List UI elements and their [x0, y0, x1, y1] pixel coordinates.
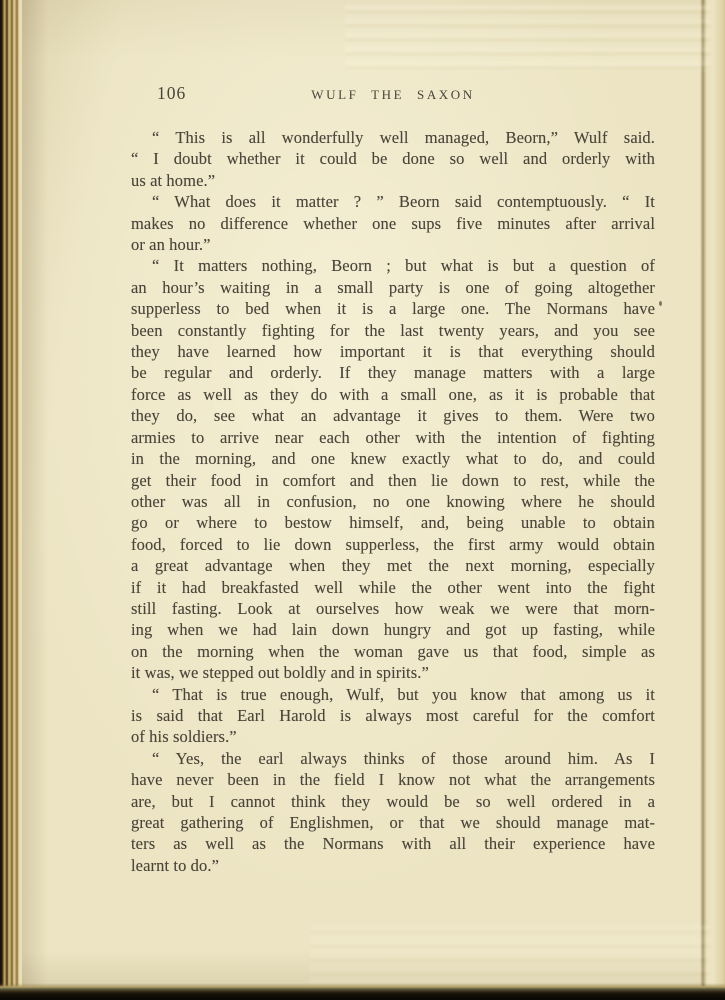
text-line: other was all in confusion, no one knowi…: [131, 491, 655, 512]
text-line: or an hour.”: [131, 234, 655, 255]
text-line: go or where to bestow himself, and, bein…: [131, 512, 655, 533]
top-page-edge-streaks: [345, 5, 710, 71]
text-line: an hour’s waiting in a small party is on…: [131, 277, 655, 298]
book-binding-page-edges: [0, 0, 22, 1000]
text-line: of his soldiers.”: [131, 726, 655, 747]
text-line: been constantly fighting for the last tw…: [131, 320, 655, 341]
paragraph: “ What does it matter ? ” Beorn said con…: [131, 191, 655, 255]
text-line: makes no difference whether one sups fiv…: [131, 213, 655, 234]
binding-shadow: [22, 0, 48, 1000]
text-line: have never been in the field I know not …: [131, 769, 655, 790]
text-line: ing when we had lain down hungry and got…: [131, 619, 655, 640]
paragraph: “ Yes, the earl always thinks of those a…: [131, 748, 655, 876]
page-text-block: 106 WULF THE SAXON “ This is all wonderf…: [131, 84, 655, 876]
text-line: “ I doubt whether it could be done so we…: [131, 148, 655, 169]
paragraph: “ That is true enough, Wulf, but you kno…: [131, 684, 655, 748]
paragraph: “ It matters nothing, Beorn ; but what i…: [131, 255, 655, 683]
text-line: in the morning, and one knew exactly wha…: [131, 448, 655, 469]
text-line: “ What does it matter ? ” Beorn said con…: [131, 191, 655, 212]
text-line: they have learned how important it is th…: [131, 341, 655, 362]
text-line: ters as well as the Normans with all the…: [131, 833, 655, 854]
text-line: supperless to bed when it is a large one…: [131, 298, 655, 319]
page-body: “ This is all wonderfully well managed, …: [131, 127, 655, 876]
text-line: us at home.”: [131, 170, 655, 191]
text-line: learnt to do.”: [131, 855, 655, 876]
text-line: still fasting. Look at ourselves how wea…: [131, 598, 655, 619]
text-line: get their food in comfort and then lie d…: [131, 470, 655, 491]
text-line: “ It matters nothing, Beorn ; but what i…: [131, 255, 655, 276]
running-title: WULF THE SAXON: [131, 87, 655, 103]
text-line: if it had breakfasted well while the oth…: [131, 577, 655, 598]
page-header: 106 WULF THE SAXON: [131, 84, 655, 103]
text-line: “ That is true enough, Wulf, but you kno…: [131, 684, 655, 705]
text-line: be regular and orderly. If they manage m…: [131, 362, 655, 383]
text-line: is said that Earl Harold is always most …: [131, 705, 655, 726]
paragraph: “ This is all wonderfully well managed, …: [131, 127, 655, 191]
bottom-page-edge-streaks: [310, 925, 710, 983]
text-line: force as well as they do with a small on…: [131, 384, 655, 405]
text-line: they do, see what an advantage it gives …: [131, 405, 655, 426]
book-page-photo: 106 WULF THE SAXON “ This is all wonderf…: [0, 0, 725, 1000]
print-speck: [659, 301, 662, 306]
text-line: “ This is all wonderfully well managed, …: [131, 127, 655, 148]
text-line: it was, we stepped out boldly and in spi…: [131, 662, 655, 683]
text-line: armies to arrive near each other with th…: [131, 427, 655, 448]
text-line: are, but I cannot think they would be so…: [131, 791, 655, 812]
text-line: “ Yes, the earl always thinks of those a…: [131, 748, 655, 769]
text-line: a great advantage when they met the next…: [131, 555, 655, 576]
text-line: great gathering of Englishmen, or that w…: [131, 812, 655, 833]
text-line: food, forced to lie down supperless, the…: [131, 534, 655, 555]
text-line: on the morning when the woman gave us th…: [131, 641, 655, 662]
page-right-edge: [700, 0, 725, 990]
book-bottom-edge: [0, 983, 725, 1000]
